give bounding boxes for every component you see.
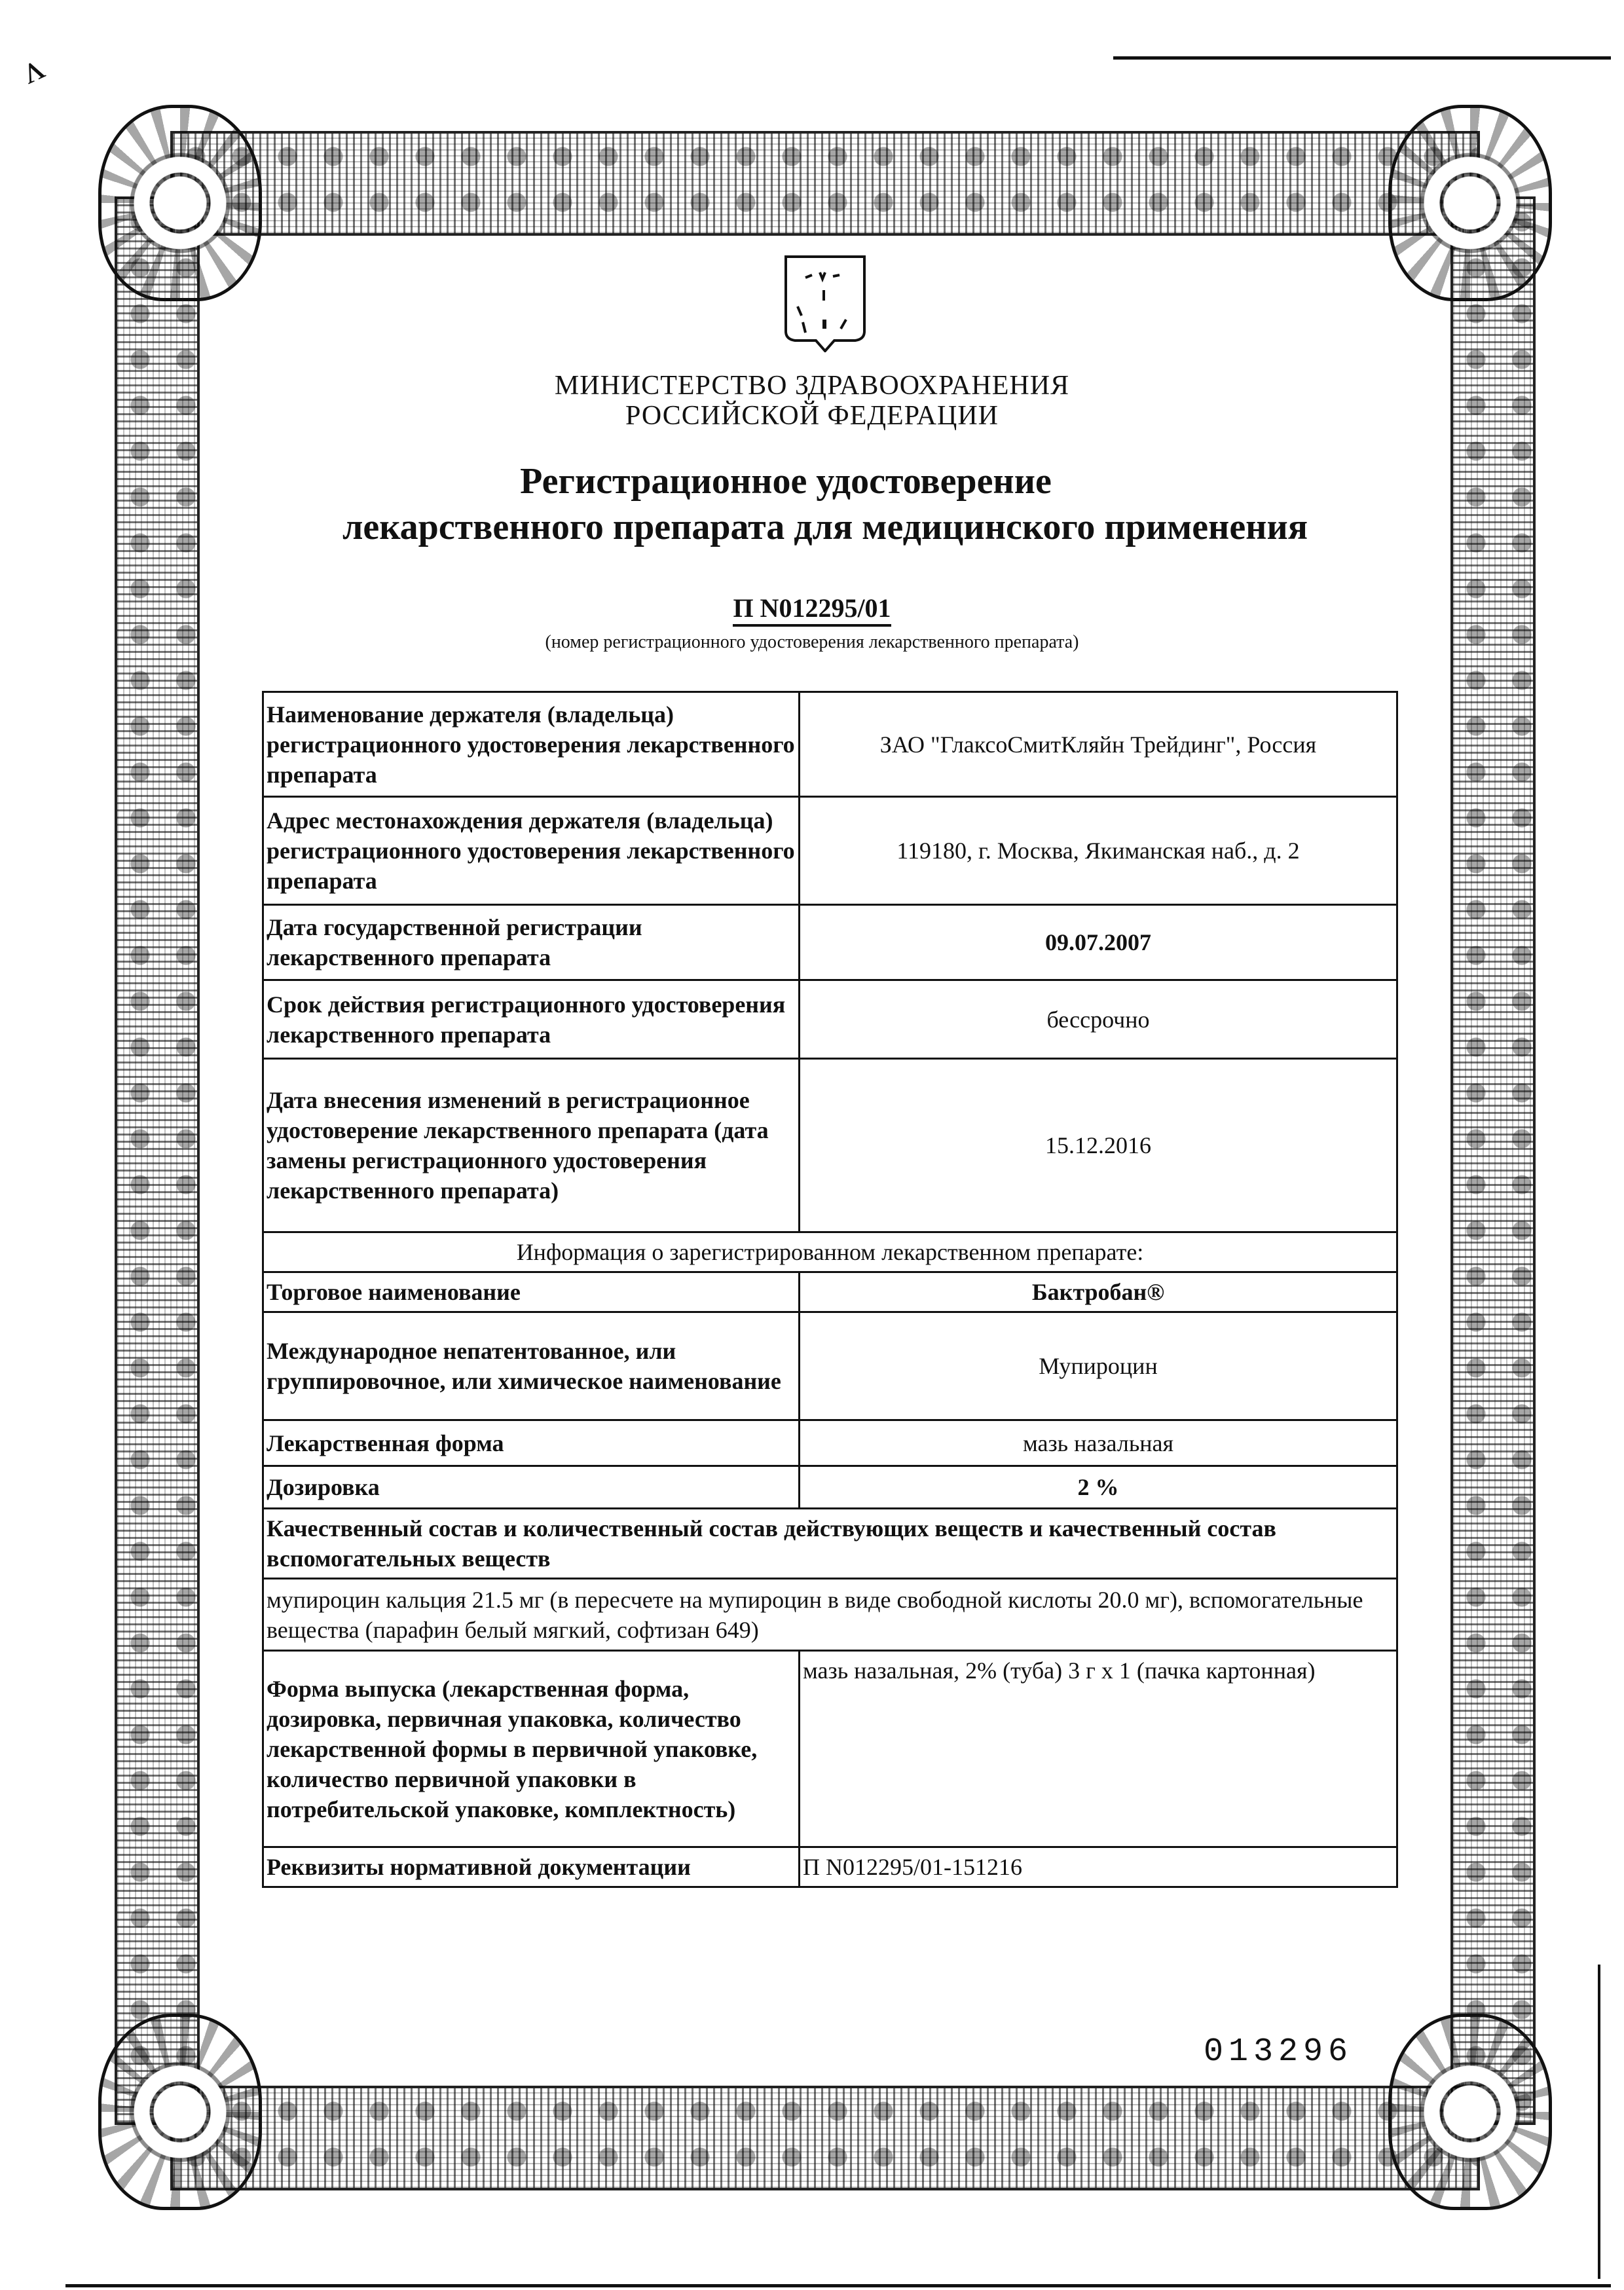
composition-value-row: мупироцин кальция 21.5 мг (в пересчете н… (263, 1579, 1397, 1651)
row-value: бессрочно (800, 980, 1397, 1059)
corner-medallion-icon (1388, 105, 1552, 301)
row-label: Срок действия регистрационного удостовер… (263, 980, 800, 1059)
row-label: Торговое наименование (263, 1272, 800, 1312)
table-row: Дата внесения изменений в регистрационно… (263, 1059, 1397, 1232)
row-value: мазь назальная (800, 1420, 1397, 1466)
row-value: Мупироцин (800, 1312, 1397, 1420)
row-label: Форма выпуска (лекарственная форма, дози… (263, 1651, 800, 1847)
scan-edge-bottom (65, 2284, 1611, 2287)
registration-number: П N012295/01 (0, 593, 1624, 623)
row-label: Реквизиты нормативной документации (263, 1847, 800, 1887)
composition-label-row: Качественный состав и количественный сос… (263, 1509, 1397, 1579)
corner-medallion-icon (1388, 2014, 1552, 2210)
row-label: Международное непатентованное, или групп… (263, 1312, 800, 1420)
border-band-top (170, 131, 1480, 236)
table-row: Лекарственная форма мазь назальная (263, 1420, 1397, 1466)
scan-edge-top-right (1113, 56, 1611, 60)
row-value: П N012295/01-151216 (800, 1847, 1397, 1887)
table-row: Международное непатентованное, или групп… (263, 1312, 1397, 1420)
row-value: Бактробан® (800, 1272, 1397, 1312)
row-label: Лекарственная форма (263, 1420, 800, 1466)
row-label: Дата государственной регистрации лекарст… (263, 905, 800, 980)
table-row: Срок действия регистрационного удостовер… (263, 980, 1397, 1059)
table-row: Наименование держателя (владельца) регис… (263, 692, 1397, 797)
row-label: Наименование держателя (владельца) регис… (263, 692, 800, 797)
row-value: мазь назальная, 2% (туба) 3 г х 1 (пачка… (800, 1651, 1397, 1847)
row-value: 09.07.2007 (800, 905, 1397, 980)
row-label: Дата внесения изменений в регистрационно… (263, 1059, 800, 1232)
composition-value: мупироцин кальция 21.5 мг (в пересчете н… (263, 1579, 1397, 1651)
section-header-row: Информация о зарегистрированном лекарств… (263, 1232, 1397, 1272)
row-value: ЗАО "ГлаксоСмитКляйн Трейдинг", Россия (800, 692, 1397, 797)
composition-label: Качественный состав и количественный сос… (263, 1509, 1397, 1579)
table-row: Форма выпуска (лекарственная форма, дози… (263, 1651, 1397, 1847)
row-value: 119180, г. Москва, Якиманская наб., д. 2 (800, 797, 1397, 905)
serial-number: 013296 (1204, 2033, 1353, 2071)
row-value: 2 % (800, 1466, 1397, 1509)
row-value: 15.12.2016 (800, 1059, 1397, 1232)
table-row: Адрес местонахождения держателя (владель… (263, 797, 1397, 905)
table-row: Торговое наименование Бактробан® (263, 1272, 1397, 1312)
ministry-name-line1: МИНИСТЕРСТВО ЗДРАВООХРАНЕНИЯ (0, 371, 1624, 401)
scan-edge-right (1598, 1965, 1600, 2279)
table-row: Дозировка 2 % (263, 1466, 1397, 1509)
corner-medallion-icon (98, 105, 262, 301)
section-header: Информация о зарегистрированном лекарств… (263, 1232, 1397, 1272)
corner-medallion-icon (98, 2014, 262, 2210)
document-title-line2: лекарственного препарата для медицинског… (13, 504, 1624, 550)
ministry-name-line2: РОССИЙСКОЙ ФЕДЕРАЦИИ (0, 401, 1624, 431)
table-row: Реквизиты нормативной документации П N01… (263, 1847, 1397, 1887)
handwritten-mark: ʌ (14, 44, 50, 93)
row-label: Дозировка (263, 1466, 800, 1509)
table-row: Дата государственной регистрации лекарст… (263, 905, 1397, 980)
border-band-bottom (170, 2086, 1480, 2190)
document-title-line1: Регистрационное удостоверение (0, 458, 1598, 504)
row-label: Адрес местонахождения держателя (владель… (263, 797, 800, 905)
registration-number-caption: (номер регистрационного удостоверения ле… (0, 632, 1624, 653)
certificate-table: Наименование держателя (владельца) регис… (262, 691, 1398, 1888)
coat-of-arms-icon (783, 254, 867, 352)
